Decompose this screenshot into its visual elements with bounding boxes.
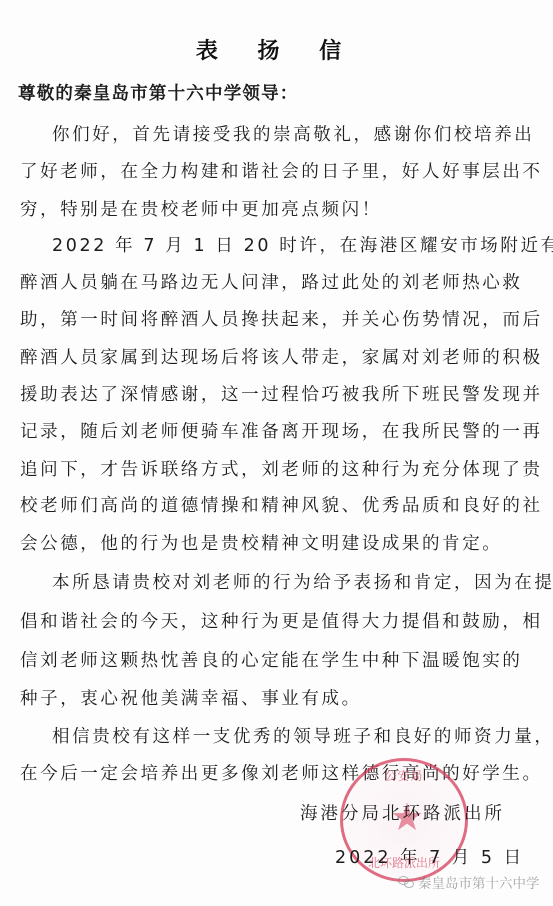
- body-line: 种子，衷心祝他美满幸福、事业有成。: [20, 688, 540, 710]
- seal-top-text: 公安局: [351, 767, 457, 784]
- body-line: 追问下，才告诉联络方式，刘老师的这种行为充分体现了贵: [20, 459, 540, 481]
- letter-title: 表 扬 信: [0, 34, 553, 65]
- letter-page: 表 扬 信 尊敬的秦皇岛市第十六中学领导： 你们好，首先请接受我的崇高敬礼，感谢…: [0, 0, 553, 906]
- body-line: 信刘老师这颗热忱善良的心定能在学生中种下温暖饱实的: [20, 650, 540, 672]
- signature-issuer: 海港分局北环路派出所: [300, 800, 505, 825]
- wechat-icon: [398, 876, 414, 888]
- watermark-text: 秦皇岛市第十六中学: [418, 872, 540, 892]
- body-line: 在今后一定会培养出更多像刘老师这样德行高尚的好学生。: [20, 763, 540, 785]
- letter-greeting: 尊敬的秦皇岛市第十六中学领导：: [18, 83, 538, 105]
- body-line: 穷，特别是在贵校老师中更加亮点频闪！: [20, 199, 540, 221]
- signature-date: 2022 年 7 月 5 日: [335, 844, 524, 869]
- body-line: 你们好，首先请接受我的崇高敬礼，感谢你们校培养出: [52, 124, 553, 146]
- body-line: 醉酒人员躺在马路边无人问津，路过此处的刘老师热心救: [20, 272, 540, 294]
- body-line: 援助表达了深情感谢，这一过程恰巧被我所下班民警发现并: [20, 384, 540, 406]
- body-line: 倡和谐社会的今天，这种行为更是值得大力提倡和鼓励，相: [20, 611, 540, 633]
- source-watermark: 秦皇岛市第十六中学: [398, 872, 540, 892]
- body-line: 会公德，他的行为也是贵校精神文明建设成果的肯定。: [20, 533, 540, 555]
- body-line: 记录，随后刘老师便骑车准备离开现场，在我所民警的一再: [20, 421, 540, 443]
- body-line: 校老师们高尚的道德情操和精神风貌、优秀品质和良好的社: [20, 495, 540, 517]
- body-line: 助，第一时间将醉酒人员搀扶起来，并关心伤势情况，而后: [20, 309, 540, 331]
- body-line: 2022 年 7 月 1 日 20 时许，在海港区耀安市场附近有一名: [52, 235, 553, 257]
- body-line: 了好老师，在全力构建和谐社会的日子里，好人好事层出不: [20, 161, 540, 183]
- body-line: 本所恳请贵校对刘老师的行为给予表扬和肯定，因为在提: [52, 572, 553, 594]
- body-line: 相信贵校有这样一支优秀的领导班子和良好的师资力量，: [52, 726, 553, 748]
- body-line: 醉酒人员家属到达现场后将该人带走，家属对刘老师的积极: [20, 347, 540, 369]
